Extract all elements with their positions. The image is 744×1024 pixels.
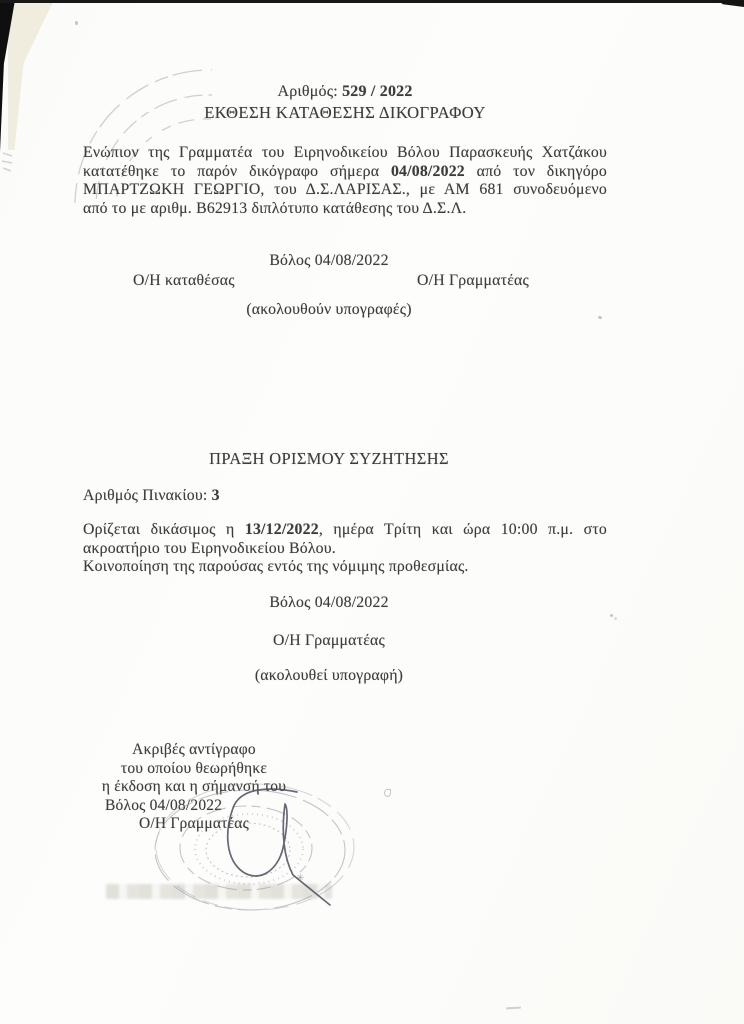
hearing-paragraph: Ορίζεται δικάσιμος η 13/12/2022, ημέρα Τ… xyxy=(83,521,607,577)
filing-line-2-tail: από τον δικηγόρο xyxy=(477,163,607,180)
hearing-line-1: Ορίζεται δικάσιμος η 13/12/2022, ημέρα Τ… xyxy=(83,521,607,540)
scan-edge-artifact-top-right xyxy=(718,0,744,7)
docket-number: 3 xyxy=(212,487,220,504)
document-header: Αριθμός: 529 / 2022 ΕΚΘΕΣΗ ΚΑΤΑΘΕΣΗΣ ΔΙΚ… xyxy=(83,82,607,123)
filing-line-1: Ενώπιον της Γραμματέα του Ειρηνοδικείου … xyxy=(83,144,607,163)
clerk-label-filing: Ο/Η Γραμματέας xyxy=(417,272,529,290)
certification-line-1: Ακριβές αντίγραφο xyxy=(93,741,295,760)
filing-place-date: Βόλος 04/08/2022 xyxy=(83,252,575,270)
filing-line-2: κατατέθηκε το παρόν δικόγραφο σήμερα 04/… xyxy=(83,163,607,182)
docket-label: Αριθμός Πινακίου: xyxy=(83,487,207,504)
filing-line-2-text: κατατέθηκε το παρόν δικόγραφο σήμερα xyxy=(83,163,379,180)
signature-follows-note: (ακολουθεί υπογραφή) xyxy=(83,667,575,685)
scan-edge-artifact-top xyxy=(0,0,744,3)
scan-speck xyxy=(384,789,391,797)
hearing-date: 13/12/2022 xyxy=(245,521,319,538)
document-title: ΕΚΘΕΣΗ ΚΑΤΑΘΕΣΗΣ ΔΙΚΟΓΡΑΦΟΥ xyxy=(83,103,607,124)
scan-speck xyxy=(75,21,78,25)
filing-paragraph: Ενώπιον της Γραμματέα του Ειρηνοδικείου … xyxy=(83,144,607,218)
hearing-notice-line: Κοινοποίηση της παρούσας εντός της νόμιμ… xyxy=(83,558,607,577)
clerk-label-hearing: Ο/Η Γραμματέας xyxy=(83,632,575,650)
hearing-line-1-tail: , ημέρα Τρίτη και ώρα 10:00 π.μ. στο xyxy=(319,521,607,538)
document-number-line: Αριθμός: 529 / 2022 xyxy=(83,82,607,103)
hearing-place-date: Βόλος 04/08/2022 xyxy=(83,594,575,612)
docket-line: Αριθμός Πινακίου: 3 xyxy=(83,487,220,505)
scanned-document-page: Αριθμός: 529 / 2022 ΕΚΘΕΣΗ ΚΑΤΑΘΕΣΗΣ ΔΙΚ… xyxy=(0,0,744,1024)
hearing-line-1-text: Ορίζεται δικάσιμος η xyxy=(83,521,234,538)
certification-line-2: του οποίου θεωρήθηκε xyxy=(93,760,295,779)
hearing-act-title: ΠΡΑΞΗ ΟΡΙΣΜΟΥ ΣΥΖΗΤΗΣΗΣ xyxy=(83,449,575,469)
scan-speck xyxy=(610,614,613,617)
signatures-follow-note: (ακολουθούν υπογραφές) xyxy=(83,301,575,319)
filing-line-4: από το με αριθμ. Β62913 διπλότυπο κατάθε… xyxy=(83,200,607,219)
filing-date: 04/08/2022 xyxy=(391,163,465,180)
depositor-label: Ο/Η καταθέσας xyxy=(133,272,235,290)
court-stamp-bottom-icon: ✳ xyxy=(148,778,362,920)
scan-speck xyxy=(598,315,603,319)
filing-line-3: ΜΠΑΡΤΖΩΚΗ ΓΕΩΡΓΙΟ, του Δ.Σ.ΛΑΡΙΣΑΣ., με … xyxy=(83,181,607,200)
hearing-line-2: ακροατήριο του Ειρηνοδικείου Βόλου. xyxy=(83,540,607,559)
document-number-label: Αριθμός: xyxy=(277,83,337,100)
document-number-value: 529 / 2022 xyxy=(342,83,412,100)
scan-speck xyxy=(506,1007,521,1010)
